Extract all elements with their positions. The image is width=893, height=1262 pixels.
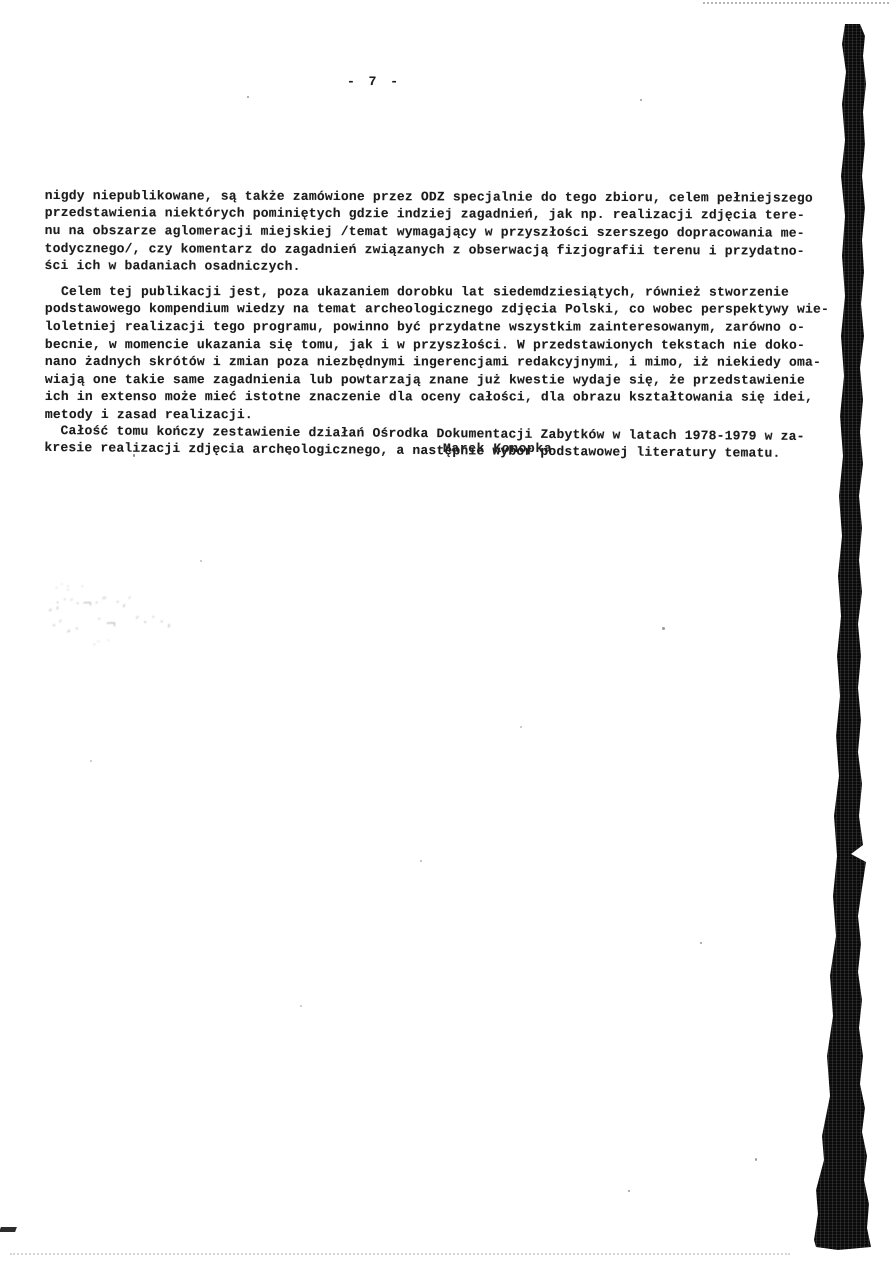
stamp-mark: ·′¸. ˙¬ ´·˙·, [52,615,174,634]
text-line: podstawowego kompendium wiedzy na temat … [45,300,835,318]
stamp-mark: ¸;˙′·¬·˝ ·,′ [47,594,134,611]
text-line: nano żadnych skrótów i zmian poza niezbę… [45,353,835,371]
page-number: - 7 - [347,74,401,89]
paragraph-3: Całość tomu kończy zestawienie działań O… [44,369,835,463]
scan-speck [640,99,642,101]
scan-speck [662,627,665,630]
scan-speck [133,454,135,457]
text-line: loletniej realizacji tego programu, powi… [45,318,835,336]
scan-speck [700,942,702,944]
scan-speck [300,1005,302,1007]
text-line: becnie, w momencie ukazania się tomu, ja… [45,336,835,354]
scan-speck [520,726,522,728]
scan-speck [90,760,92,762]
scan-noise-row [10,1253,790,1255]
scan-dotted-line [703,2,889,4]
document-page: - 7 - nigdy niepublikowane, są także zam… [0,0,893,1262]
scan-speck [200,560,202,562]
scan-speck [628,1190,630,1192]
stamp-mark: ·˙: · [55,582,86,594]
scan-edge-mark [0,1227,17,1232]
scan-speck [247,96,249,98]
signature-author: Marek Konopka [443,441,552,456]
scan-speck [420,860,422,862]
scan-speck [288,451,291,455]
stamp-mark: ·′ ˙ [93,639,114,650]
text-line: Celem tej publikacji jest, poza ukazanie… [45,283,835,301]
scan-speck [755,1158,757,1161]
